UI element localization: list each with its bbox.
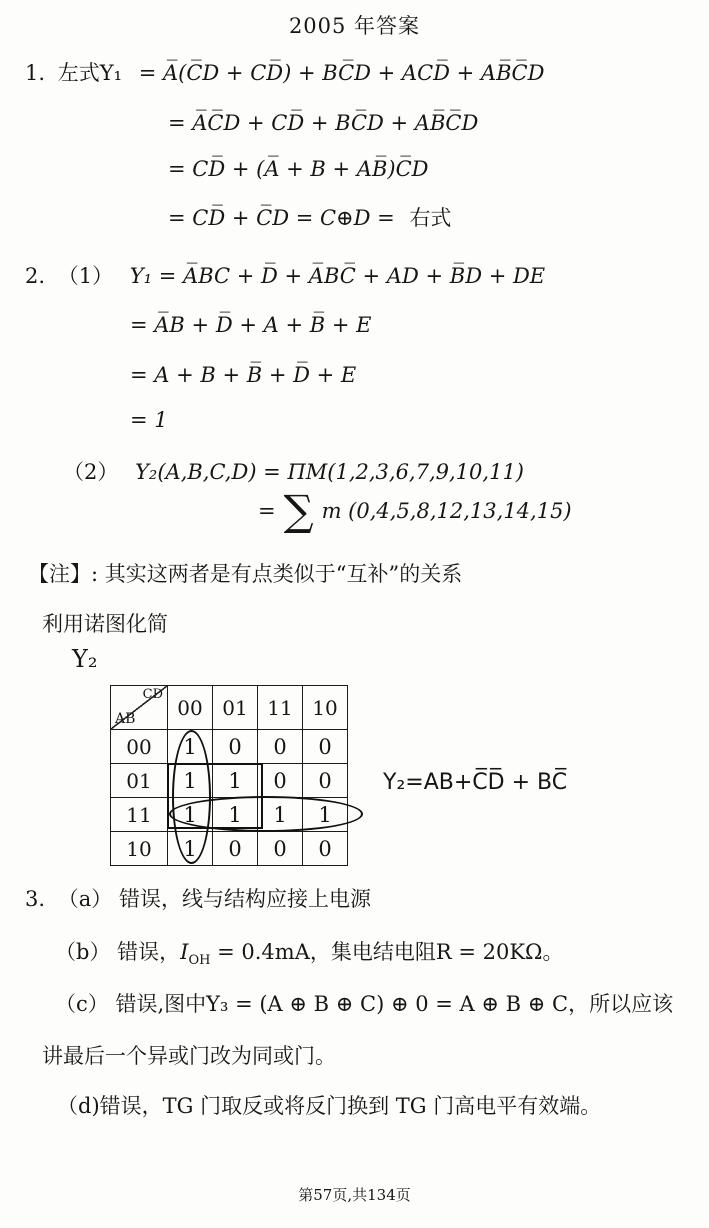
problem2-part1-eq4: = 1 bbox=[130, 408, 168, 432]
kmap-cell: 0 bbox=[213, 730, 258, 764]
problem1-eq2: = A̅C̅D + CD̅ + BC̅D + AB̅C̅D bbox=[168, 111, 478, 135]
problem3-d-label: （d) bbox=[57, 1094, 100, 1118]
kmap-col-header: 11 bbox=[258, 686, 303, 730]
problem3-a-label: （a） bbox=[58, 887, 113, 911]
kmap-cell: 1 bbox=[168, 798, 213, 832]
kmap-col-header: 00 bbox=[168, 686, 213, 730]
kmap-corner-cell: CD AB bbox=[111, 686, 168, 730]
problem3-number: 3. bbox=[25, 887, 45, 911]
sum-minterms: m (0,4,5,8,12,13,14,15) bbox=[322, 499, 572, 523]
note-line: 【注】: 其实这两者是有点类似于“互补”的关系 bbox=[28, 558, 462, 588]
problem3-b-pre: 错误， bbox=[117, 940, 180, 964]
problem2-part2-eq1: Y₂(A,B,C,D) = ΠM(1,2,3,6,7,9,10,11) bbox=[135, 460, 524, 484]
problem2-line3: = A + B + B̅ + D̅ + E bbox=[130, 363, 356, 387]
kmap-cell: 0 bbox=[258, 764, 303, 798]
problem2-part1-label: （1） bbox=[58, 264, 113, 288]
kmap-result-formula: Y₂=AB+C̅D̅ + BC̅ bbox=[383, 770, 567, 795]
problem2-line1: 2. （1） Y₁ = A̅BC + D̅ + A̅BC̅ + AD + B̅D… bbox=[25, 260, 545, 290]
problem2-part1-eq3: = A + B + B̅ + D̅ + E bbox=[130, 363, 356, 387]
kmap-cell: 1 bbox=[213, 798, 258, 832]
kmap-corner-ab-label: AB bbox=[115, 711, 135, 727]
kmap-row-header: 00 bbox=[111, 730, 168, 764]
kmap-col-header: 01 bbox=[213, 686, 258, 730]
kmap-cell: 0 bbox=[258, 832, 303, 866]
kmap-cell: 1 bbox=[168, 764, 213, 798]
karnaugh-map: CD AB 00 01 11 10 00 1 0 0 0 01 1 1 0 0 … bbox=[110, 685, 370, 870]
kmap-cell: 1 bbox=[168, 832, 213, 866]
kmap-cell: 1 bbox=[303, 798, 348, 832]
problem1-rhs-label: 右式 bbox=[409, 206, 451, 230]
kmap-cell: 1 bbox=[213, 764, 258, 798]
problem3-c-continuation: 讲最后一个异或门改为同或门。 bbox=[42, 1040, 336, 1070]
problem3-item-a: 3. （a） 错误，线与结构应接上电源 bbox=[25, 883, 371, 913]
kmap-cell: 1 bbox=[258, 798, 303, 832]
kmap-row-header: 01 bbox=[111, 764, 168, 798]
problem3-item-d: （d)错误，TG 门取反或将反门换到 TG 门高电平有效端。 bbox=[57, 1090, 601, 1120]
problem2-part2-line1: （2） Y₂(A,B,C,D) = ΠM(1,2,3,6,7,9,10,11) bbox=[63, 456, 524, 486]
kmap-row-header: 10 bbox=[111, 832, 168, 866]
problem1-eq1: = A̅(C̅D + CD̅) + BC̅D + ACD̅ + AB̅C̅D bbox=[139, 61, 545, 85]
kmap-cell: 0 bbox=[258, 730, 303, 764]
kmap-cell: 0 bbox=[303, 730, 348, 764]
problem1-number: 1. bbox=[25, 61, 45, 85]
problem3-b-post: = 0.4mA，集电结电阻R = 20KΩ。 bbox=[210, 940, 563, 964]
kmap-grid: CD AB 00 01 11 10 00 1 0 0 0 01 1 1 0 0 … bbox=[110, 685, 348, 866]
problem3-d-text: 错误，TG 门取反或将反门换到 TG 门高电平有效端。 bbox=[100, 1094, 602, 1118]
problem1-lhs-label: 左式Y₁ bbox=[58, 61, 122, 85]
kmap-cell: 0 bbox=[303, 764, 348, 798]
problem2-line4: = 1 bbox=[130, 408, 168, 432]
problem2-part2-sum-line: = ∑ m (0,4,5,8,12,13,14,15) bbox=[258, 492, 572, 530]
problem1-line4: = CD̅ + C̅D = C⊕D = 右式 bbox=[168, 202, 451, 232]
problem1-line1: 1. 左式Y₁ = A̅(C̅D + CD̅) + BC̅D + ACD̅ + … bbox=[25, 57, 544, 87]
problem1-line3: = CD̅ + (A̅ + B + AB̅)C̅D bbox=[168, 157, 429, 181]
kmap-corner-cd-label: CD bbox=[143, 687, 163, 702]
kmap-output-label: Y₂ bbox=[72, 645, 97, 673]
problem3-item-c: （c） 错误,图中Y₃ = (A ⊕ B ⊕ C) ⊕ 0 = A ⊕ B ⊕ … bbox=[55, 988, 673, 1018]
kmap-cell: 0 bbox=[303, 832, 348, 866]
problem3-c-text: 错误,图中Y₃ = (A ⊕ B ⊕ C) ⊕ 0 = A ⊕ B ⊕ C，所以… bbox=[115, 992, 673, 1016]
page-number-footer: 第57页,共134页 bbox=[0, 1184, 709, 1205]
problem2-part1-eq1: Y₁ = A̅BC + D̅ + A̅BC̅ + AD + B̅D + DE bbox=[130, 264, 545, 288]
problem3-b-current-subscript: OH bbox=[188, 953, 210, 968]
sum-equals-sign: = bbox=[258, 499, 276, 523]
problem2-number: 2. bbox=[25, 264, 45, 288]
problem3-item-b: （b） 错误，IOH = 0.4mA，集电结电阻R = 20KΩ。 bbox=[55, 936, 563, 968]
scanned-answer-page: 2005 年答案 1. 左式Y₁ = A̅(C̅D + CD̅) + BC̅D … bbox=[0, 0, 709, 1228]
problem2-part2-label: （2） bbox=[63, 460, 118, 484]
kmap-col-header: 10 bbox=[303, 686, 348, 730]
problem3-c-label: （c） bbox=[55, 992, 109, 1016]
problem2-part1-eq2: = A̅B + D̅ + A + B̅ + E bbox=[130, 313, 371, 337]
problem1-eq4: = CD̅ + C̅D = C⊕D = bbox=[168, 206, 395, 230]
problem3-b-label: （b） bbox=[55, 940, 110, 964]
page-title: 2005 年答案 bbox=[0, 10, 709, 40]
simplify-label: 利用诺图化简 bbox=[42, 608, 168, 638]
problem2-line2: = A̅B + D̅ + A + B̅ + E bbox=[130, 313, 371, 337]
problem1-line2: = A̅C̅D + CD̅ + BC̅D + AB̅C̅D bbox=[168, 111, 478, 135]
problem1-eq3: = CD̅ + (A̅ + B + AB̅)C̅D bbox=[168, 157, 429, 181]
problem3-a-text: 错误，线与结构应接上电源 bbox=[119, 887, 371, 911]
kmap-cell: 0 bbox=[213, 832, 258, 866]
kmap-cell: 1 bbox=[168, 730, 213, 764]
kmap-row-header: 11 bbox=[111, 798, 168, 832]
sigma-symbol: ∑ bbox=[284, 492, 314, 530]
